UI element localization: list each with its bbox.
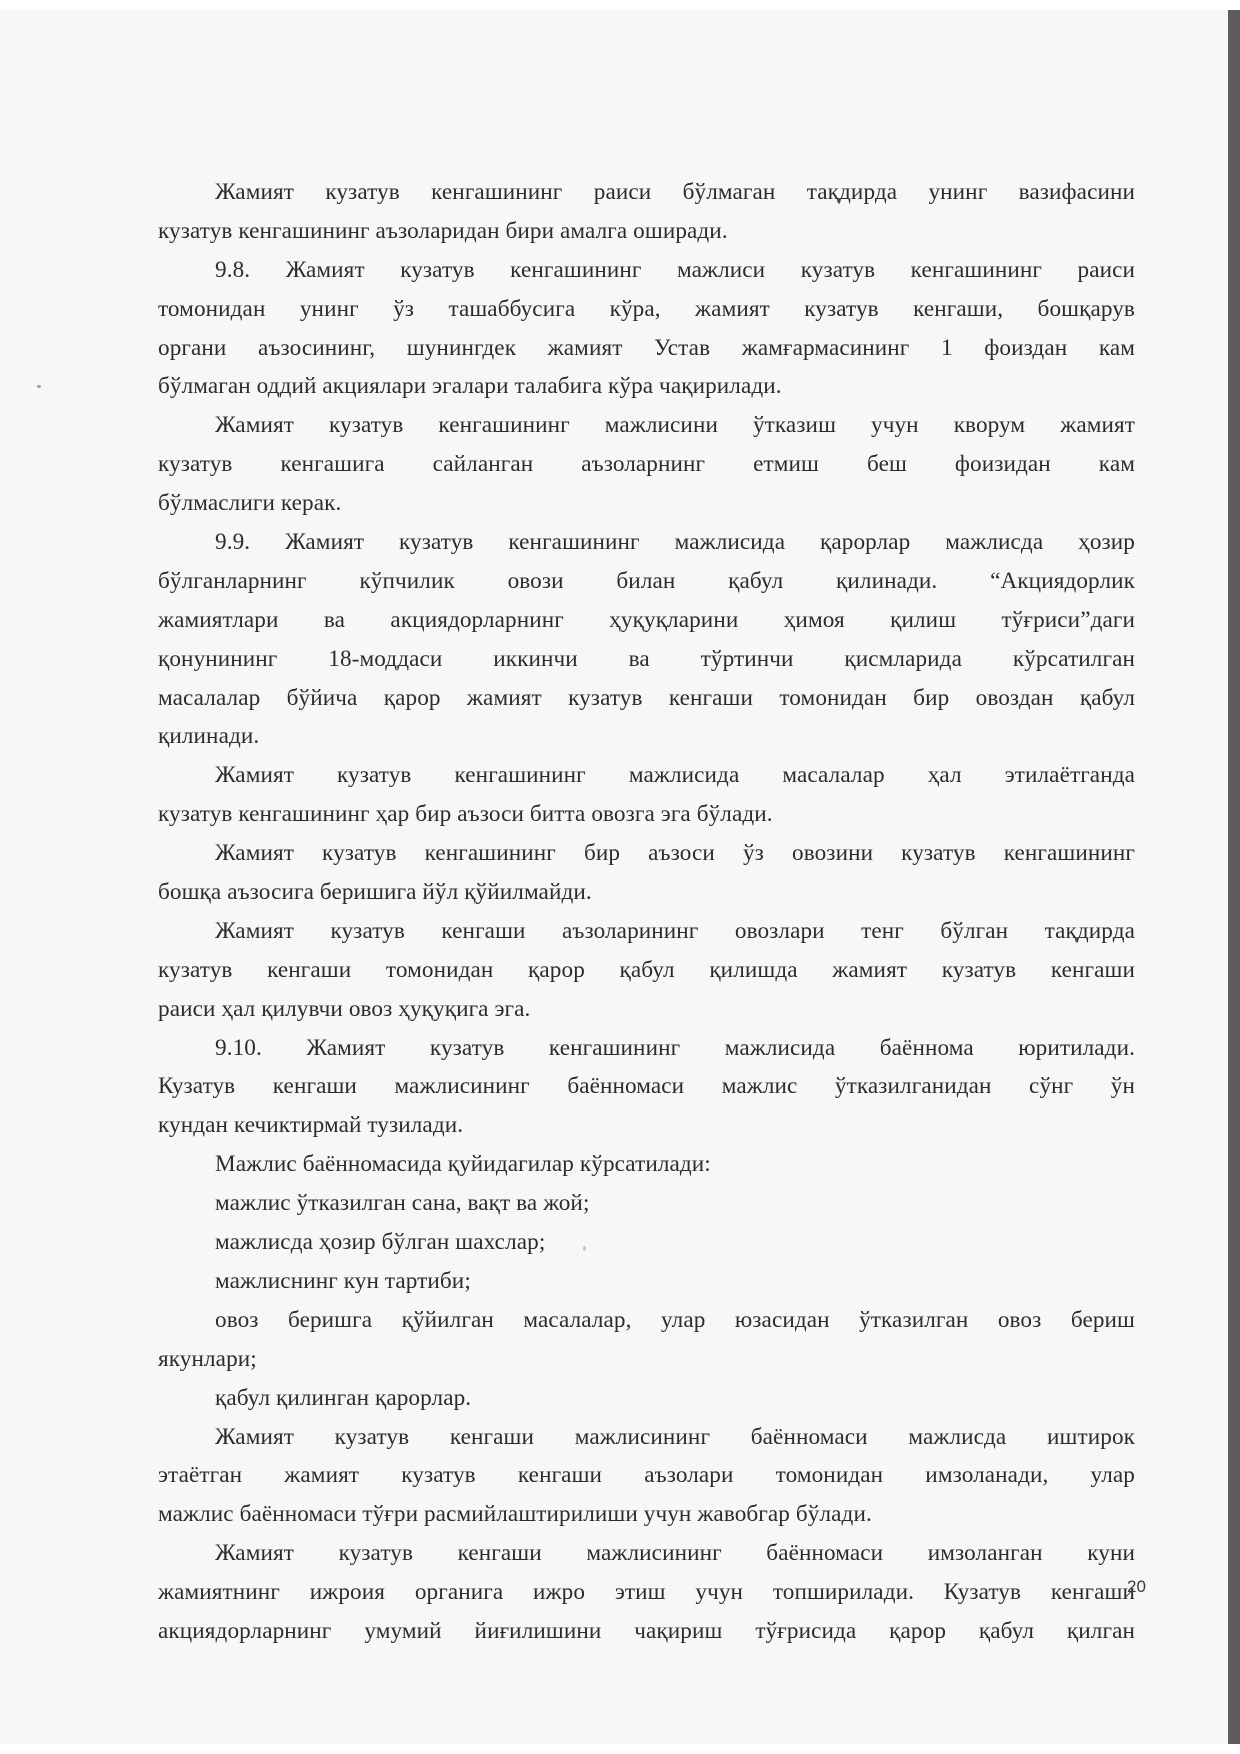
text-line: мажлис ўтказилган сана, вақт ва жой; — [158, 1184, 1135, 1223]
text-line: бўлмаслиги керак. — [158, 484, 1135, 523]
text-line: органи аъзосининг, шунингдек жамият Уста… — [158, 329, 1135, 368]
text-line: бўлганларнинг кўпчилик овози билан қабул… — [158, 562, 1135, 601]
text-line: Жамият кузатув кенгашининг мажлисида мас… — [158, 756, 1135, 795]
text-line: Кузатув кенгаши мажлисининг баённомаси м… — [158, 1067, 1135, 1106]
text-line: овоз беришга қўйилган масалалар, улар юз… — [158, 1301, 1135, 1340]
scan-speck — [37, 385, 41, 388]
text-line: 9.10. Жамият кузатув кенгашининг мажлиси… — [158, 1029, 1135, 1068]
text-line: этаётган жамият кузатув кенгаши аъзолари… — [158, 1456, 1135, 1495]
text-line: жамиятлари ва акциядорларнинг ҳуқуқларин… — [158, 601, 1135, 640]
text-line: раиси ҳал қилувчи овоз ҳуқуқига эга. — [158, 990, 1135, 1029]
text-line: кузатув кенгашининг аъзоларидан бири ама… — [158, 212, 1135, 251]
text-line: 9.8. Жамият кузатув кенгашининг мажлиси … — [158, 251, 1135, 290]
text-line: қонунининг 18-моддаси иккинчи ва тўртинч… — [158, 640, 1135, 679]
text-line: бўлмаган оддий акциялари эгалари талабиг… — [158, 367, 1135, 406]
page-number: 20 — [1127, 1577, 1146, 1597]
text-line: Жамият кузатув кенгаши мажлисининг баённ… — [158, 1418, 1135, 1457]
document-body: Жамият кузатув кенгашининг раиси бўлмага… — [158, 173, 1135, 1651]
text-line: Жамият кузатув кенгаши мажлисининг баённ… — [158, 1534, 1135, 1573]
text-line: қабул қилинган қарорлар. — [158, 1379, 1135, 1418]
scan-edge-shadow — [1228, 10, 1240, 1744]
text-line: Жамият кузатув кенгашининг мажлисини ўтк… — [158, 406, 1135, 445]
text-line: 9.9. Жамият кузатув кенгашининг мажлисид… — [158, 523, 1135, 562]
text-line: акциядорларнинг умумий йиғилишини чақири… — [158, 1612, 1135, 1651]
text-line: кундан кечиктирмай тузилади. — [158, 1106, 1135, 1145]
text-line: масалалар бўйича қарор жамият кузатув ке… — [158, 679, 1135, 718]
text-line: Жамият кузатув кенгашининг бир аъзоси ўз… — [158, 834, 1135, 873]
text-line: Жамият кузатув кенгашининг раиси бўлмага… — [158, 173, 1135, 212]
text-line: кузатув кенгаши томонидан қарор қабул қи… — [158, 951, 1135, 990]
text-line: мажлиснинг кун тартиби; — [158, 1262, 1135, 1301]
text-line: бошқа аъзосига беришига йўл қўйилмайди. — [158, 873, 1135, 912]
text-line: кузатув кенгашига сайланган аъзоларнинг … — [158, 445, 1135, 484]
text-line: мажлисда ҳозир бўлган шахслар; — [158, 1223, 1135, 1262]
text-line: Жамият кузатув кенгаши аъзоларининг овоз… — [158, 912, 1135, 951]
text-line: мажлис баённомаси тўғри расмийлаштирилиш… — [158, 1495, 1135, 1534]
text-line: кузатув кенгашининг ҳар бир аъзоси битта… — [158, 795, 1135, 834]
text-line: Мажлис баённомасида қуйидагилар кўрсатил… — [158, 1145, 1135, 1184]
text-line: жамиятнинг ижроия органига ижро этиш учу… — [158, 1573, 1135, 1612]
text-line: якунлари; — [158, 1340, 1135, 1379]
text-line: томонидан унинг ўз ташаббусига кўра, жам… — [158, 290, 1135, 329]
text-line: қилинади. — [158, 717, 1135, 756]
